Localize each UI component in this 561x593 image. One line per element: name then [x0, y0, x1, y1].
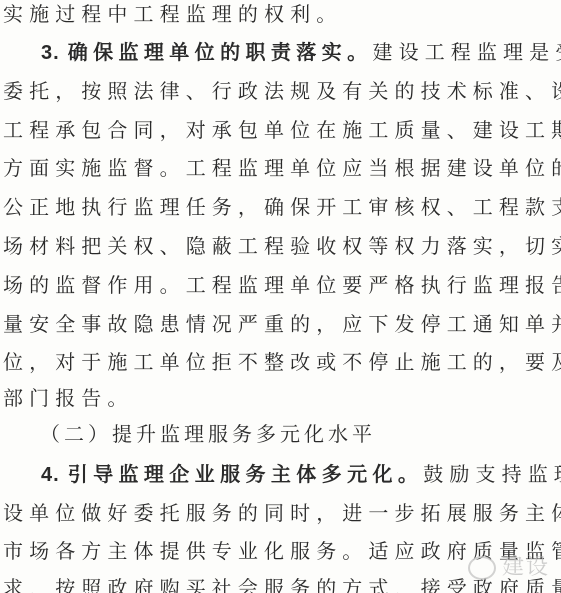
- text-line-7: 场材料把关权、隐蔽工程验收权等权力落实，切实发挥在施工现: [3, 234, 561, 258]
- text-line-14: 设单位做好委托服务的同时，进一步拓展服务主体范围，积极为: [3, 501, 561, 525]
- item-heading: 确保监理单位的职责落实。: [68, 40, 373, 64]
- heading-item-4: 4.引导监理企业服务主体多元化。鼓励支持监理企业为建: [41, 462, 561, 486]
- text-line-8: 场的监督作用。工程监理单位要严格执行监理报告制度，发现质: [3, 273, 561, 297]
- item-number: 3.: [41, 42, 60, 64]
- line-text: 建设工程监理是受建设单位: [373, 40, 561, 64]
- line-text: 实施过程中工程监理的权利。: [3, 2, 342, 26]
- line-text: 方面实施监督。工程监理单位应当根据建设单位的委托，客观、: [3, 156, 561, 180]
- line-text: 设单位做好委托服务的同时，进一步拓展服务主体范围，积极为: [3, 501, 561, 525]
- item-number: 4.: [41, 464, 60, 486]
- line-text: 求，按照政府购买社会服务的方式，接受政府质量监督机构的委: [3, 576, 561, 593]
- text-line-5: 方面实施监督。工程监理单位应当根据建设单位的委托，客观、: [3, 156, 561, 180]
- item-heading: 引导监理企业服务主体多元化。: [68, 462, 424, 486]
- text-line-4: 工程承包合同，对承包单位在施工质量、建设工期和建设资金等: [3, 118, 561, 142]
- line-text: 委托，按照法律、行政法规及有关的技术标准、设计文件和建设: [3, 79, 561, 103]
- line-text: 公正地执行监理任务，确保开工审核权、工程款支付认定权、进: [3, 195, 561, 219]
- heading-item-3: 3.确保监理单位的职责落实。建设工程监理是受建设单位: [41, 40, 561, 64]
- line-text: 部门报告。: [3, 386, 134, 410]
- line-text: 位，对于施工单位拒不整改或不停止施工的，要及时向政府主管: [3, 350, 561, 374]
- line-text: 鼓励支持监理企业为建: [423, 462, 561, 486]
- text-line-1: 实施过程中工程监理的权利。: [3, 2, 561, 26]
- document-page: 实施过程中工程监理的权利。 3.确保监理单位的职责落实。建设工程监理是受建设单位…: [0, 0, 561, 593]
- line-text: 市场各方主体提供专业化服务。适应政府质量监管模式的改革要: [3, 539, 561, 563]
- text-line-10: 位，对于施工单位拒不整改或不停止施工的，要及时向政府主管: [3, 350, 561, 374]
- section-title: （二）提升监理服务多元化水平: [40, 422, 376, 446]
- line-text: 场的监督作用。工程监理单位要严格执行监理报告制度，发现质: [3, 273, 561, 297]
- line-text: 场材料把关权、隐蔽工程验收权等权力落实，切实发挥在施工现: [3, 234, 561, 258]
- text-line-3: 委托，按照法律、行政法规及有关的技术标准、设计文件和建设: [3, 79, 561, 103]
- line-text: 量安全事故隐患情况严重的，应下发停工通知单并报告建设单: [3, 312, 561, 336]
- text-line-11: 部门报告。: [3, 386, 561, 410]
- text-line-15: 市场各方主体提供专业化服务。适应政府质量监管模式的改革要: [3, 539, 561, 563]
- text-line-6: 公正地执行监理任务，确保开工审核权、工程款支付认定权、进: [3, 195, 561, 219]
- text-line-9: 量安全事故隐患情况严重的，应下发停工通知单并报告建设单: [3, 312, 561, 336]
- line-text: 工程承包合同，对承包单位在施工质量、建设工期和建设资金等: [3, 118, 561, 142]
- section-heading-2: （二）提升监理服务多元化水平: [40, 422, 561, 446]
- text-line-16: 求，按照政府购买社会服务的方式，接受政府质量监督机构的委: [3, 576, 561, 593]
